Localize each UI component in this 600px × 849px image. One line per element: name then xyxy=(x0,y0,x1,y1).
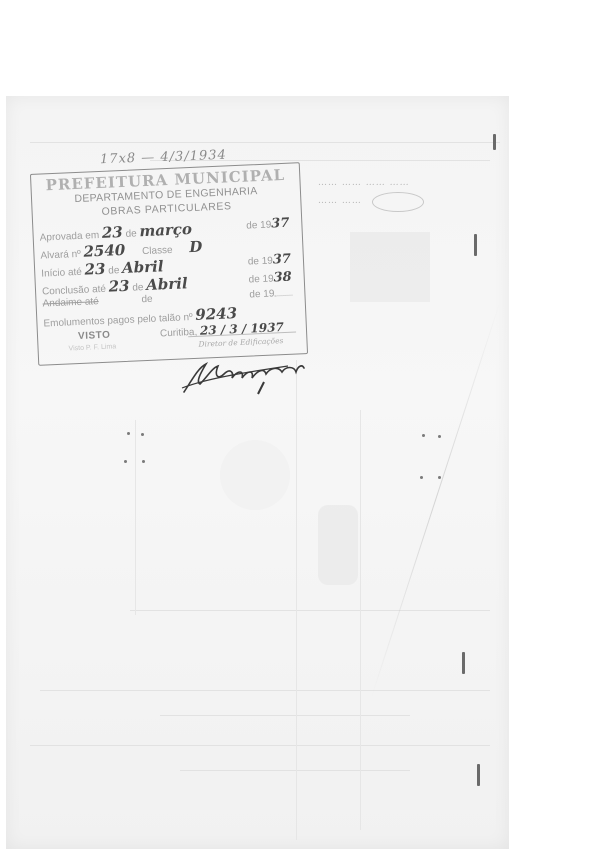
label-de: de xyxy=(125,228,137,239)
dot-mark xyxy=(124,460,127,463)
value-talao: 9243 xyxy=(195,304,237,324)
margin-note: …… …… …… …… xyxy=(318,178,410,188)
value-day: 23 xyxy=(101,223,123,242)
approval-stamp: PREFEITURA MUNICIPAL DEPARTAMENTO DE ENG… xyxy=(30,162,308,366)
label-de: de xyxy=(141,294,153,305)
dot-mark xyxy=(420,476,423,479)
label-de: de xyxy=(132,282,144,293)
faint-rule xyxy=(160,715,410,716)
year-prefix: de 19 xyxy=(248,273,273,285)
faint-rule xyxy=(296,360,297,840)
year-prefix: de 19 xyxy=(248,255,273,267)
value-classe: D xyxy=(189,238,203,257)
value-alvara: 2540 xyxy=(83,241,125,261)
bleed-through-mark xyxy=(220,440,290,510)
bleed-through-mark xyxy=(318,505,358,585)
value-year: 37 xyxy=(271,216,290,232)
curitiba-label: Curitiba, xyxy=(160,327,198,340)
dot-mark xyxy=(422,434,425,437)
dot-mark xyxy=(438,435,441,438)
value-day: 23 xyxy=(84,260,106,279)
value-day: 23 xyxy=(108,277,130,296)
dot-mark xyxy=(141,433,144,436)
margin-note: …… …… xyxy=(318,196,362,206)
margin-oval-stamp xyxy=(372,192,424,212)
dot-mark xyxy=(438,476,441,479)
faint-rule xyxy=(135,420,136,615)
faint-rule xyxy=(180,770,410,771)
handwritten-signature xyxy=(178,358,308,398)
value-year: 37 xyxy=(273,252,292,268)
value-year: 38 xyxy=(273,270,292,286)
director-label: Diretor de Edificações xyxy=(198,336,283,349)
faint-rule xyxy=(40,690,490,691)
year-prefix: de 19 xyxy=(249,288,274,300)
faint-rule xyxy=(360,410,361,830)
value-month: Abril xyxy=(146,274,188,294)
punch-mark xyxy=(493,134,496,150)
label: Início até xyxy=(41,267,82,280)
value-month: Abril xyxy=(122,257,164,277)
faint-rule xyxy=(30,745,490,746)
label: Alvará nº xyxy=(40,249,81,262)
visto-signer: Visto P. F. Lima xyxy=(68,343,116,352)
faint-rule xyxy=(130,610,490,611)
visto-label: VISTO xyxy=(78,330,111,342)
value-month: março xyxy=(139,220,192,240)
punch-mark xyxy=(474,234,477,256)
dot-mark xyxy=(142,460,145,463)
label-classe: Classe xyxy=(142,245,173,257)
bleed-through-mark xyxy=(350,232,430,302)
label-de: de xyxy=(108,265,120,276)
year-prefix: de 19 xyxy=(246,220,271,232)
dot-mark xyxy=(127,432,130,435)
punch-mark xyxy=(462,652,465,674)
label: Andaime até xyxy=(42,296,99,309)
faint-rule xyxy=(30,142,500,143)
punch-mark xyxy=(477,764,480,786)
